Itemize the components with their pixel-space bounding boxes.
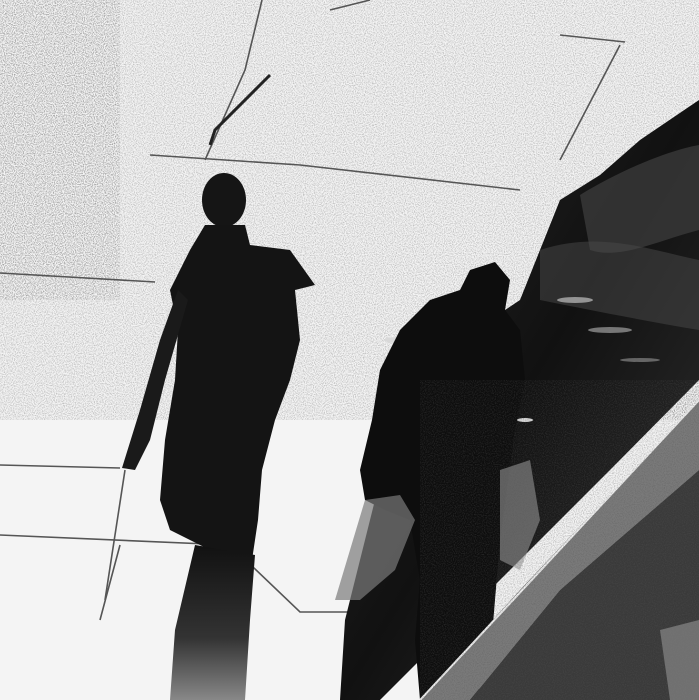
photograph: Black and white photograph of silhouette…	[0, 0, 699, 700]
photo-canvas	[0, 0, 699, 700]
